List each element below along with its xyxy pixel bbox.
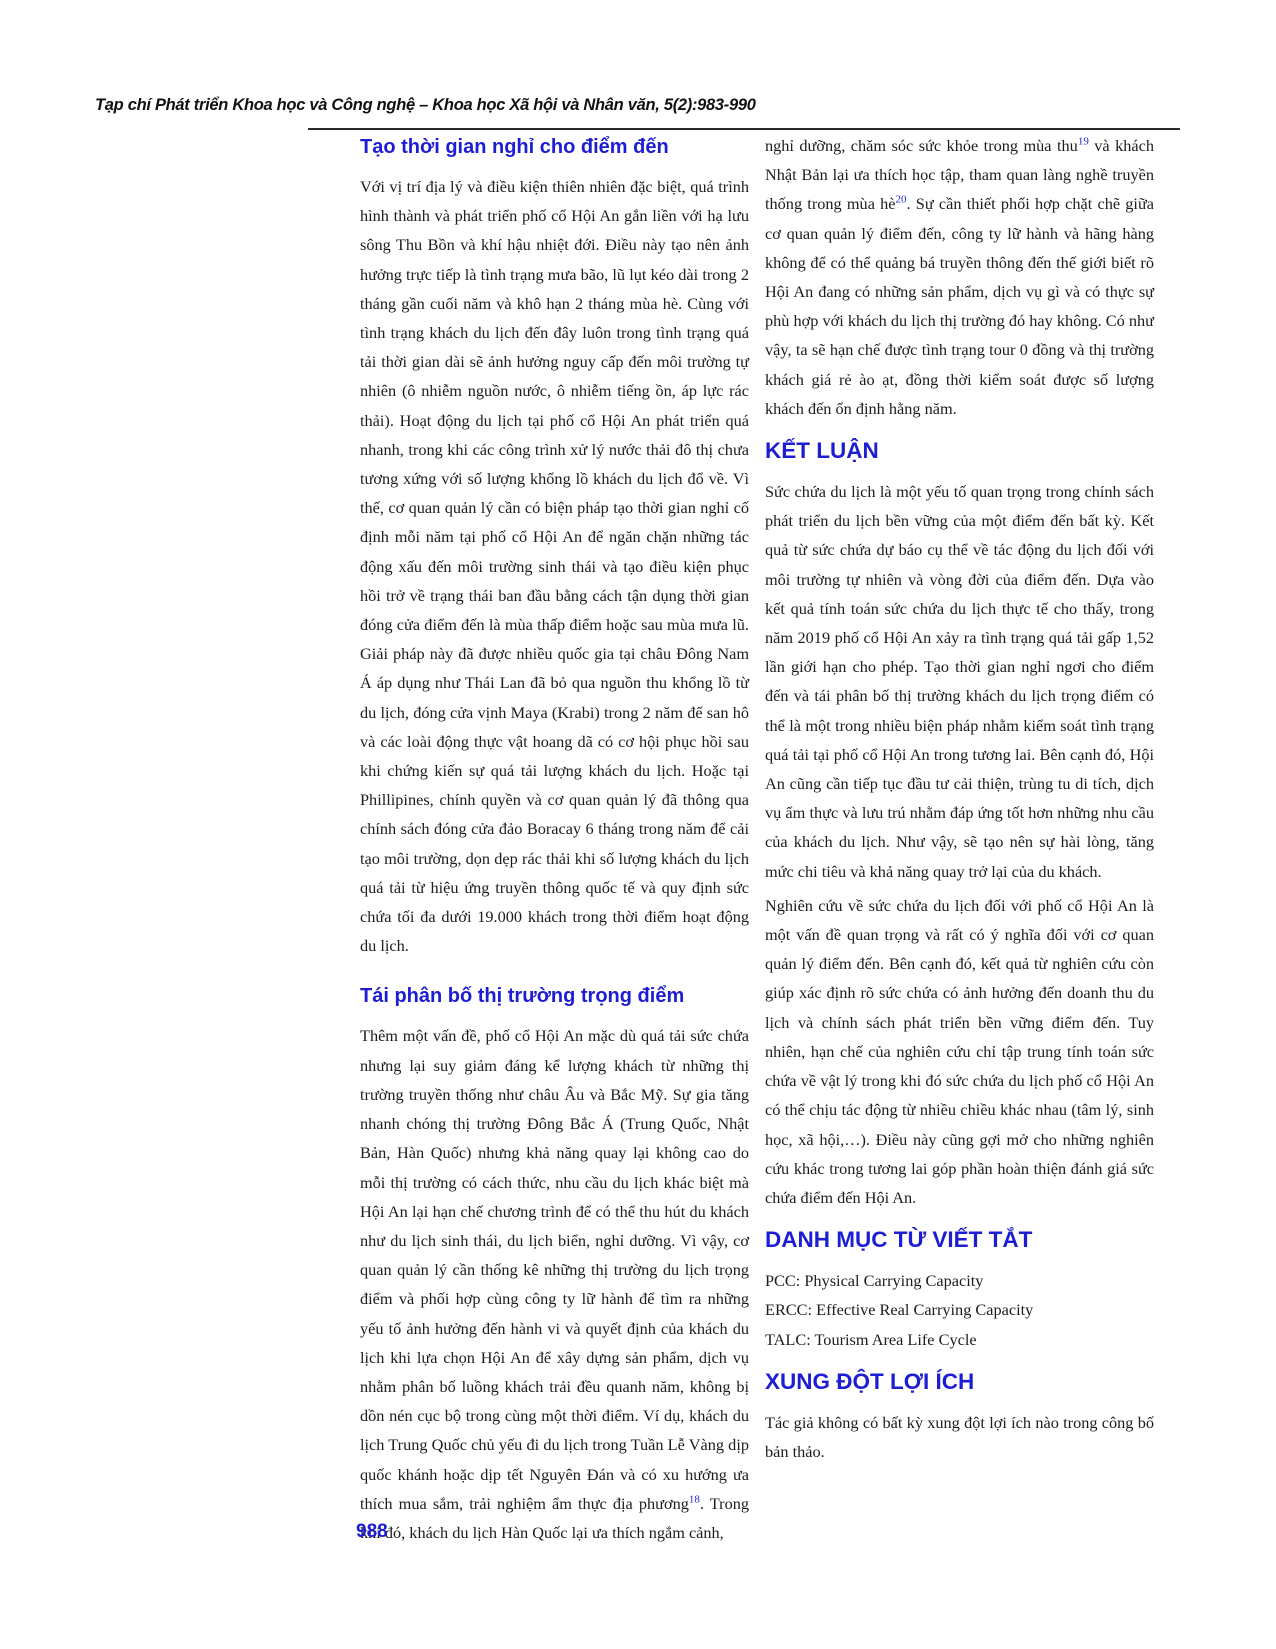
paragraph-conclusion-2: Nghiên cứu về sức chứa du lịch đối với p…	[765, 891, 1154, 1212]
abbreviation-item-talc: TALC: Tourism Area Life Cycle	[765, 1325, 1154, 1354]
abbreviation-item-pcc: PCC: Physical Carrying Capacity	[765, 1266, 1154, 1295]
header-divider-rule	[308, 128, 1180, 130]
abbreviation-item-ercc: ERCC: Effective Real Carrying Capacity	[765, 1295, 1154, 1324]
section-heading-conflict-of-interest: XUNG ĐỘT LỢI ÍCH	[765, 1369, 1154, 1395]
citation-ref[interactable]: 20	[896, 194, 907, 206]
section-heading-conclusion: KẾT LUẬN	[765, 438, 1154, 464]
paragraph-redistribute-markets: Thêm một vấn đề, phố cổ Hội An mặc dù qu…	[360, 1021, 749, 1547]
section-heading-redistribute-markets: Tái phân bố thị trường trọng điểm	[360, 984, 749, 1008]
paragraph-rest-time: Với vị trí địa lý và điều kiện thiên nhi…	[360, 172, 749, 960]
paragraph-continuation: nghỉ dưỡng, chăm sóc sức khỏe trong mùa …	[765, 131, 1154, 423]
journal-header-title: Tạp chí Phát triển Khoa học và Công nghệ…	[95, 96, 1185, 115]
left-column: Tạo thời gian nghỉ cho điểm đến Với vị t…	[360, 135, 749, 1547]
paragraph-conflict-of-interest: Tác giả không có bất kỳ xung đột lợi ích…	[765, 1408, 1154, 1466]
citation-ref[interactable]: 19	[1078, 136, 1089, 148]
page-number: 988	[356, 1521, 388, 1543]
paragraph-conclusion-1: Sức chứa du lịch là một yếu tố quan trọn…	[765, 477, 1154, 886]
section-heading-rest-time: Tạo thời gian nghỉ cho điểm đến	[360, 135, 749, 159]
citation-ref[interactable]: 18	[689, 1493, 700, 1505]
section-heading-abbreviations: DANH MỤC TỪ VIẾT TẮT	[765, 1227, 1154, 1253]
right-column: nghỉ dưỡng, chăm sóc sức khỏe trong mùa …	[765, 131, 1154, 1466]
